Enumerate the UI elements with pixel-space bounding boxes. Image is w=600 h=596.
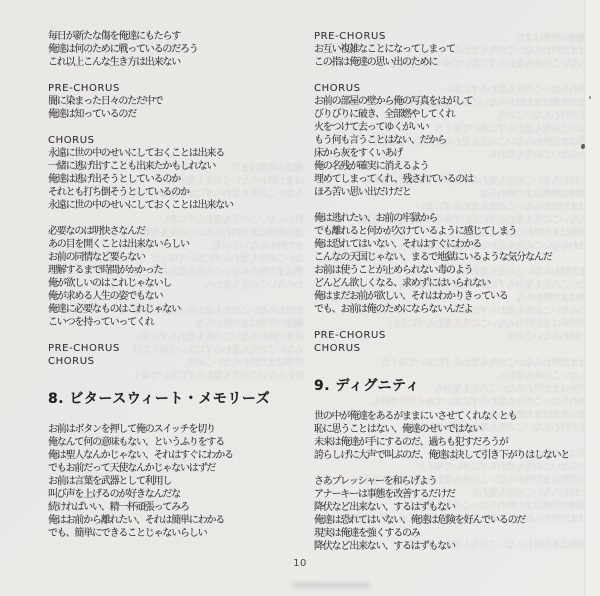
stanza: PRE-CHORUSお互い複雑なことになってしまってこの指は俺達の思い出のために [314,30,596,69]
lyric-line: お前は使うことが止められない毒のよう [314,264,596,277]
stanza: 毎日が新たな傷を俺達にもたらす俺達は何のために戦っているのだろうこれ以上こんな生… [48,30,310,69]
song-9-lyrics: 世の中が俺達をあるがままにいさせてくれなくとも恥に思うことはない、俺達のせいでは… [314,410,596,553]
lyric-line: お互い複雑なことになってしまって [314,43,596,56]
song-title-8: 8. ビタースウィート・メモリーズ [48,388,310,408]
lyric-line: 永遠に世の中のせいにしておくことは出来る [48,147,310,160]
lyric-line: 俺が求める人生の姿でもない [48,290,310,303]
page-fold-seam [584,0,586,596]
page-edge-strip [586,0,600,596]
section-label: PRE-CHORUS [48,342,310,355]
lyric-line: でも、簡単にできることじゃないらしい [48,527,310,540]
lyric-line: 俺が欲しいのはこれじゃないし [48,277,310,290]
lyric-line: 降伏など出来ない、するはずもない [314,540,596,553]
lyric-line: 俺は逃れたい、お前の牢獄から [314,212,596,225]
lyrics-column-left: 毎日が新たな傷を俺達にもたらす俺達は何のために戦っているのだろうこれ以上こんな生… [48,30,310,553]
lyric-line: それとも打ち倒そうとしているのか [48,186,310,199]
lyric-line: 床から灰をすくいあげ [314,147,596,160]
lyric-line: もう何も言うことはない、だから [314,134,596,147]
lyric-line: でもお前だって天使なんかじゃないはずだ [48,462,310,475]
lyric-line: お前はボタンを押して俺のスイッチを切り [48,423,310,436]
lyric-line: 俺達は何のために戦っているのだろう [48,43,310,56]
lyric-line: 恥に思うことはない、俺達のせいではない [314,423,596,436]
lyric-line: お前は言葉を武器として利用し [48,475,310,488]
lyric-line: これ以上こんな生き方は出来ない [48,56,310,69]
page-number: 10 [272,558,328,569]
lyric-line: 永遠に世の中のせいにしておくことは出来ない [48,199,310,212]
scan-smudge [292,582,370,588]
lyric-line: さあプレッシャーを和らげよう [314,475,596,488]
lyric-line: 毎日が新たな傷を俺達にもたらす [48,30,310,43]
section-label: CHORUS [314,82,596,95]
lyric-line: 闇に染まった日々のただ中で [48,95,310,108]
lyric-line: 俺の名残が確実に消えるよう [314,160,596,173]
lyric-line: 降伏など出来ない、するはずもない [314,501,596,514]
lyric-line: 俺は恐れてはいない、それはすぐにわかる [314,238,596,251]
song-7-lyrics-continued: 毎日が新たな傷を俺達にもたらす俺達は何のために戦っているのだろうこれ以上こんな生… [48,30,310,368]
lyric-line: 俺達は知っているのだ [48,108,310,121]
lyric-line: アナーキーは事態を改善するだけだ [314,488,596,501]
lyric-line: お前の同情など要らない [48,251,310,264]
lyric-line: 世の中が俺達をあるがままにいさせてくれなくとも [314,410,596,423]
lyric-line: こいつを持っていってくれ [48,316,310,329]
lyric-line: あの目を開くことは出来ないらしい [48,238,310,251]
song-title-9: 9. ディグニティ [314,375,596,395]
lyric-line: 俺はお前から離れたい、それは簡単にわかる [48,514,310,527]
lyric-line: どんどん欲しくなる、求めずにはいられない [314,277,596,290]
lyric-line: 理解するまで時間がかかった [48,264,310,277]
scan-speck [589,96,591,99]
lyric-line: 俺達は恐れてはいない、俺達は危険を好んでいるのだ [314,514,596,527]
lyric-line: びりびりに破き、全部燃やしてくれ [314,108,596,121]
lyric-line: 俺達に必要なものはこれじゃない [48,303,310,316]
lyric-line: 俺はまだお前が欲しい、それはわかりきっている [314,290,596,303]
stanza: PRE-CHORUSCHORUS [48,342,310,368]
stanza: CHORUS永遠に世の中のせいにしておくことは出来る一緒に逃げ出すことも出来たか… [48,134,310,212]
stanza: PRE-CHORUS闇に染まった日々のただ中で俺達は知っているのだ [48,82,310,121]
section-label: PRE-CHORUS [314,329,596,342]
stanza: 俺は逃れたい、お前の牢獄からでも離れると何かが欠けているように感じてしまう俺は恐… [314,212,596,316]
stanza: CHORUSお前の部屋の壁から俺の写真をはがしてびりびりに破き、全部燃やしてくれ… [314,82,596,199]
lyric-line: 俺は聖人なんかじゃない、それはすぐにわかる [48,449,310,462]
lyric-line: 火をつけて去ってゆくがいい [314,121,596,134]
lyric-line: 一緒に逃げ出すことも出来たかもしれない [48,160,310,173]
section-label: PRE-CHORUS [314,30,596,43]
lyric-line: でも離れると何かが欠けているように感じてしまう [314,225,596,238]
lyric-line: 埋めてしまってくれ、残されているのは [314,173,596,186]
lyric-line: 必要なのは明快さなんだ [48,225,310,238]
lyrics-column-right: PRE-CHORUSお互い複雑なことになってしまってこの指は俺達の思い出のために… [314,30,596,566]
lyric-line: 続ければいい、精一杯頑張ってみろ [48,501,310,514]
stanza: お前はボタンを押して俺のスイッチを切り俺なんて何の意味もない、というふりをする俺… [48,423,310,540]
section-label: CHORUS [48,355,310,368]
lyric-line: 俺達は逃げ出そうとしているのか [48,173,310,186]
booklet-page: 俺達の世界はまだはまだ終わらないこの先も変わららないこの先も変わらずに歩いてゆく… [0,0,600,596]
lyric-line: お前の部屋の壁から俺の写真をはがして [314,95,596,108]
lyric-line: 未来は俺達が手にするのだ、過ちも犯すだろうが [314,436,596,449]
stanza: PRE-CHORUSCHORUS [314,329,596,355]
scan-speck [581,144,585,149]
section-label: CHORUS [48,134,310,147]
lyric-line: 現実は俺達を強くするのみ [314,527,596,540]
song-8-lyrics: お前はボタンを押して俺のスイッチを切り俺なんて何の意味もない、というふりをする俺… [48,423,310,540]
lyric-line: 誇らしげに大声で叫ぶのだ、俺達は決して引き下がりはしないと [314,449,596,462]
stanza: 必要なのは明快さなんだあの目を開くことは出来ないらしいお前の同情など要らない理解… [48,225,310,329]
section-label: PRE-CHORUS [48,82,310,95]
stanza: さあプレッシャーを和らげようアナーキーは事態を改善するだけだ降伏など出来ない、す… [314,475,596,553]
lyric-line: この指は俺達の思い出のために [314,56,596,69]
lyric-line: でも、お前は俺のためにならないんだよ [314,303,596,316]
stanza: 世の中が俺達をあるがままにいさせてくれなくとも恥に思うことはない、俺達のせいでは… [314,410,596,462]
lyric-line: こんなの天国じゃない、まるで地獄にいるような気分なんだ [314,251,596,264]
lyric-line: ほろ苦い思い出だけだと [314,186,596,199]
lyric-line: 叫び声を上げるのが好きなんだな [48,488,310,501]
section-label: CHORUS [314,342,596,355]
song-8-lyrics-continued: PRE-CHORUSお互い複雑なことになってしまってこの指は俺達の思い出のために… [314,30,596,355]
lyric-line: 俺なんて何の意味もない、というふりをする [48,436,310,449]
